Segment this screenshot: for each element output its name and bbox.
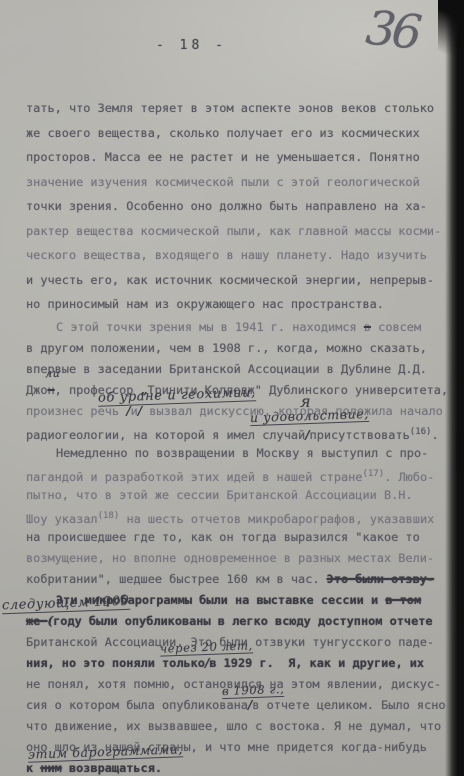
paragraph: С этой точки зрения мы в 1941 г. находим… — [26, 317, 456, 443]
typed-text-body: тать, что Земля теряет в этом аспекте эо… — [26, 96, 456, 776]
typed-text: на шесть отчетов микробарографов, указав… — [119, 511, 434, 525]
typed-text: сия о котором была опубликована — [26, 698, 248, 712]
typed-text: . Любо- — [384, 469, 434, 483]
typed-line: возмущение, но вполне одновременное в ра… — [26, 548, 456, 569]
typed-line: просторов. Масса ее не растет и не умень… — [26, 145, 456, 170]
typed-line: Шоу указал(18) на шесть отчетов микробар… — [26, 506, 456, 527]
typed-text: точки зрения. Особенно оно должно быть н… — [26, 199, 427, 213]
typed-line: же (году были опубликованы в легко всюду… — [26, 611, 456, 632]
typed-text: что движение, их вызвавшее, шло с восток… — [26, 719, 441, 733]
footnote-ref: (17) — [362, 469, 384, 479]
typed-text: году были опубликованы в легко всюду дос… — [53, 614, 432, 628]
footnote-ref: (16) — [410, 427, 432, 437]
paragraph: тать, что Земля теряет в этом аспекте эо… — [26, 96, 456, 317]
typed-line: кобритании", шедшее быстрее 160 км в час… — [26, 569, 456, 590]
typed-line: на происшедшее где то, как он тогда выра… — [26, 527, 456, 548]
struck-text: же — [26, 614, 47, 628]
struck-text: н — [47, 383, 54, 397]
typed-line: что движение, их вызвавшее, шло с восток… — [26, 716, 456, 737]
typed-text: пагандой и разработкой этих идей в нашей… — [26, 469, 362, 483]
footnote-ref: (18) — [98, 511, 120, 521]
typed-line: но приносимый нам из окружающего нас про… — [26, 292, 456, 317]
typed-text: радиогеологии, на которой я имел случай — [26, 427, 305, 441]
typed-text: и учесть его, как источник космической э… — [26, 273, 434, 287]
typed-text: на происшедшее где то, как он тогда выра… — [26, 530, 420, 544]
typed-text: пытно, что в этой же сессии Британской А… — [26, 488, 413, 502]
typed-text: возвращаться. — [62, 761, 162, 775]
paragraph: Немедленно по возвращении в Москву я выс… — [26, 443, 456, 590]
handwritten-note: ли — [45, 367, 61, 381]
typed-line: в другом положении, чем в 1908 г., когда… — [26, 338, 456, 359]
typed-text: рактер вещества космической пыли, как гл… — [26, 224, 441, 238]
typed-text: но приносимый нам из окружающего нас про… — [26, 297, 384, 311]
typed-line: впервые в заседании Британской Ассоциаци… — [26, 359, 456, 380]
typed-line: пагандой и разработкой этих идей в нашей… — [26, 464, 456, 485]
typed-line: ческого вещества, входящего в нашу плане… — [26, 243, 456, 268]
typed-text: . — [431, 427, 438, 441]
corner-handwritten-number: 36 — [363, 0, 438, 62]
typed-line: радиогеологии, на которой я имел случай/… — [26, 422, 456, 443]
typed-line: рактер вещества космической пыли, как гл… — [26, 219, 456, 244]
typed-line: С этой точки зрения мы в 1941 г. находим… — [26, 317, 456, 338]
typed-text: впервые в заседании Британской Ассоциаци… — [26, 362, 427, 376]
scan-edge-shadow — [445, 0, 464, 776]
struck-text: в том — [385, 593, 421, 607]
typed-line: же своего вещества, сколько получает его… — [26, 121, 456, 146]
typed-text: и — [131, 404, 138, 418]
typed-text: Джо — [26, 383, 47, 397]
typed-text: кобритании", шедшее быстрее 160 км в час… — [26, 572, 327, 586]
typed-text: в отчете целиком. Было ясно — [252, 698, 445, 712]
typed-text: ческого вещества, входящего в нашу плане… — [26, 248, 427, 262]
typed-text: присутствовать — [310, 427, 410, 441]
typed-text: совсем — [371, 320, 421, 334]
typed-line: произнес речь /и/ вызвал дискуссию, кото… — [26, 401, 456, 422]
scanned-document-page: - 18 - 36 тать, что Земля теряет в этом … — [0, 0, 464, 776]
typed-line: точки зрения. Особенно оно должно быть н… — [26, 194, 456, 219]
typed-text: ния, но это поняли только — [26, 656, 205, 670]
struck-text: ним — [40, 761, 61, 775]
typed-line: ния, но это поняли только/в 1929 г. Я, к… — [26, 653, 456, 674]
typed-text: тать, что Земля теряет в этом аспекте эо… — [26, 101, 434, 115]
typed-line: тать, что Земля теряет в этом аспекте эо… — [26, 96, 456, 121]
typed-line: значение изучения космической пыли с это… — [26, 170, 456, 195]
typed-line: пытно, что в этой же сессии Британской А… — [26, 485, 456, 506]
typed-text: в 1929 г. Я, как и другие, их — [209, 656, 424, 670]
typed-text: просторов. Масса ее не растет и не умень… — [26, 150, 420, 164]
typed-line: Немедленно по возвращении в Москву я выс… — [26, 443, 456, 464]
typed-text: Шоу указал — [26, 511, 98, 525]
page-number: - 18 - — [156, 38, 227, 53]
struck-text: Это были отзву- — [327, 572, 434, 586]
typed-text: возмущение, но вполне одновременное в ра… — [26, 551, 434, 565]
typed-text: значение изучения космической пыли с это… — [26, 175, 420, 189]
typed-line: и учесть его, как источник космической э… — [26, 268, 456, 293]
typed-text: С этой точки зрения мы в 1941 г. находим… — [56, 320, 364, 334]
typed-text: Немедленно по возвращении в Москву я выс… — [56, 446, 428, 460]
typed-text: в другом положении, чем в 1908 г., когда… — [26, 341, 427, 355]
handwritten-note: в 1908 г., — [222, 682, 285, 699]
scan-edge-corner-shadow — [438, 0, 464, 90]
typed-text: же своего вещества, сколько получает его… — [26, 126, 420, 140]
struck-text: в — [364, 320, 371, 334]
